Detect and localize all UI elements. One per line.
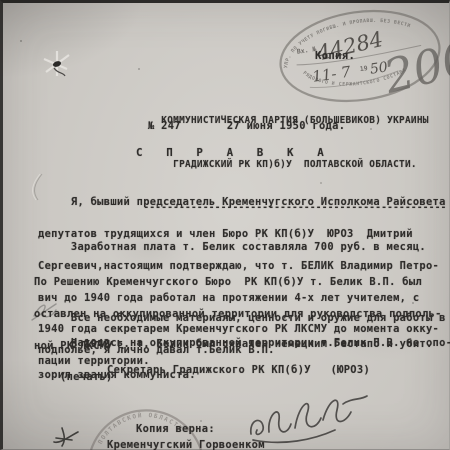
body-line: Я, бывший председатель Кременчугского Ис… [38,197,446,208]
seal-note: (печать) [60,372,113,383]
paragraph-2: Заработная плата т. Белик составляла 700… [38,242,426,253]
ink-hook [54,68,65,76]
doc-title: С П Р А В К А [136,148,332,159]
certifying-official: Кременчугский Горвоенком [107,440,265,450]
body-line: По Решению Кременчугского Бюро РК КП(б)У… [34,277,442,288]
ink-mark-bottom [52,426,80,448]
stamp-date-day-month-handwritten: 11- 7 [311,62,352,85]
copy-certification: Копия верна: [136,424,215,435]
signature-line: Секретарь Градижского РК КП(б)У (ЮРОЗ) [107,365,370,376]
document-page: УПР. ПО УЧЕТУ ПОГИБШ. И ПРОПАВШ. БЕЗ ВЕС… [0,0,450,450]
paper-tear-mark [42,48,74,80]
copy-note: Копия. [315,51,355,62]
doc-number-date-line: № 247 27 июня 1950 года. [148,121,345,132]
org-name-line2: ГРАДИЖСКИЙ РК КП)б)У ПОЛТАВСКОЙ ОБЛАСТИ. [140,158,450,173]
stamp-entry-field-label: Вх. № [296,45,317,56]
signature-scribble [243,390,378,450]
body-line: депутатов трудящихся и член Бюро РК КП(б… [38,229,446,240]
paragraph-6: В 1942 г. т. Белик был схвачен немецким … [38,339,433,350]
scan-speckles [20,40,22,42]
stamp-date-year-printed: 19 [359,64,368,73]
